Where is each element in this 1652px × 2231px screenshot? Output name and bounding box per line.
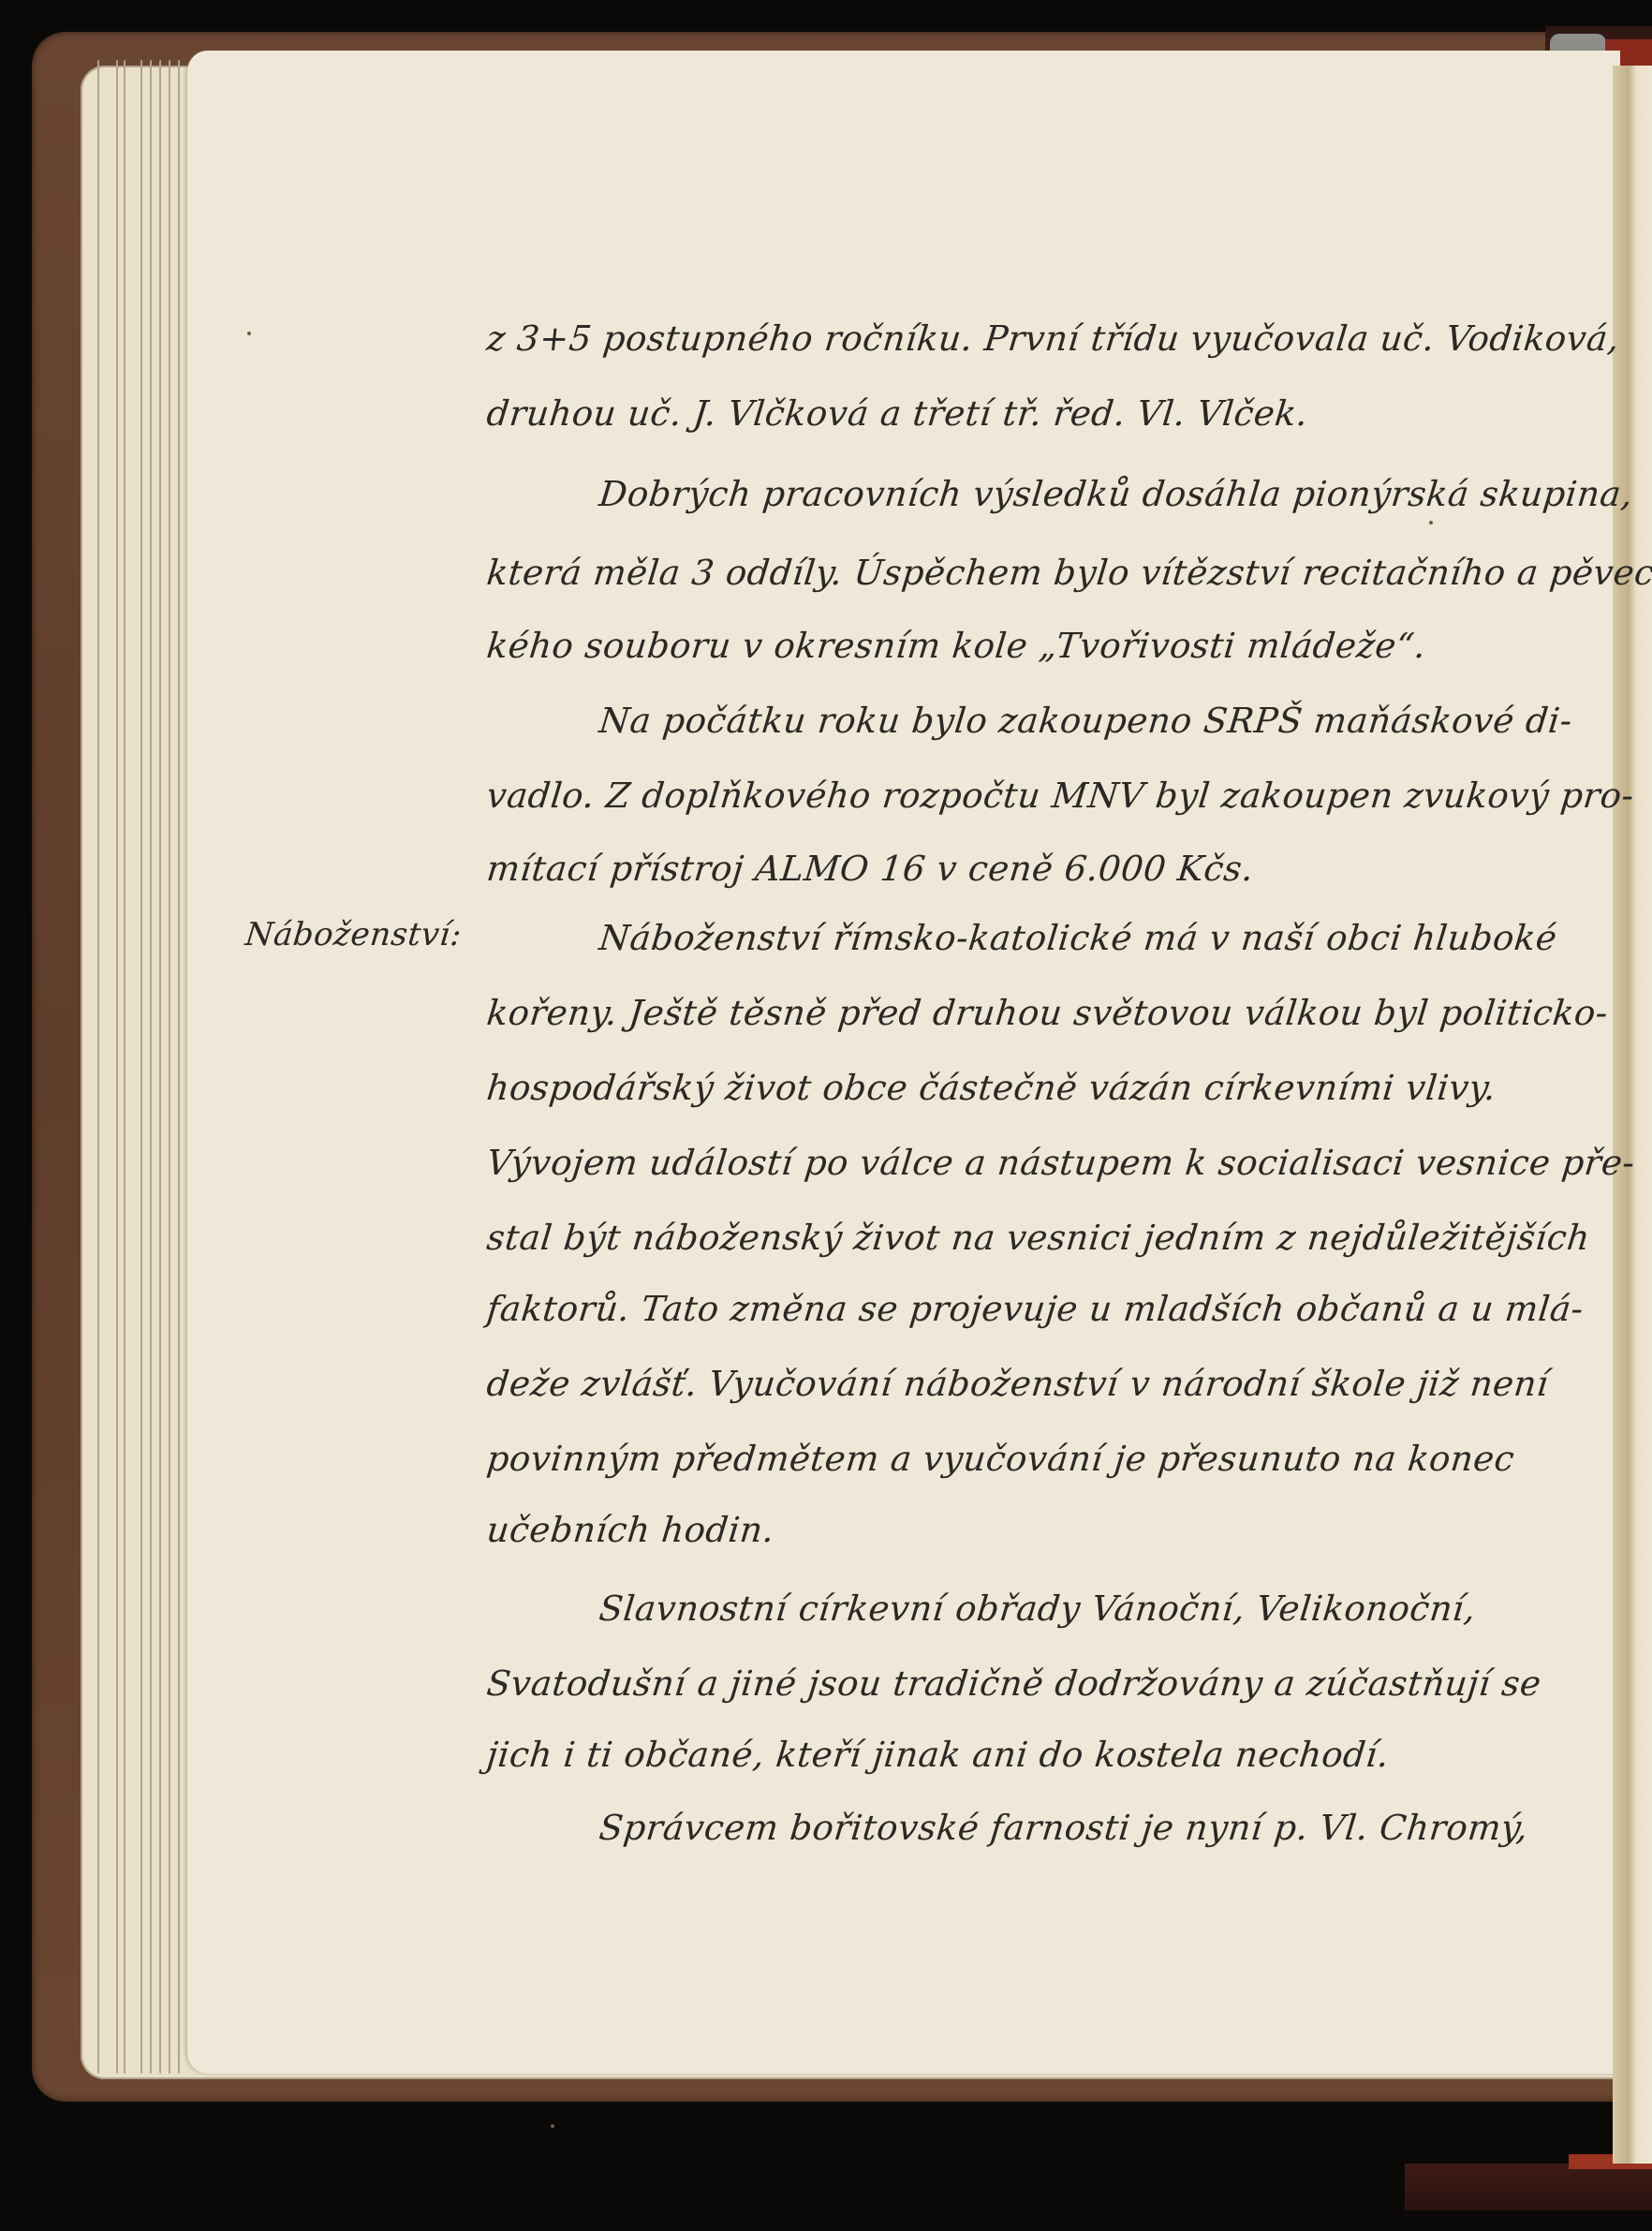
text-line: Správcem bořitovské farnosti je nyní p. … — [597, 1808, 1530, 1848]
text-line: vadlo. Z doplňkového rozpočtu MNV byl za… — [485, 776, 1636, 816]
text-line: hospodářský život obce částečně vázán cí… — [485, 1068, 1498, 1108]
text-line: kořeny. Ještě těsně před druhou světovou… — [485, 993, 1610, 1033]
page-edge — [124, 60, 125, 2074]
text-line: kého souboru v okresním kole „Tvořivosti… — [485, 626, 1428, 666]
text-line: Náboženství římsko-katolické má v naší o… — [597, 918, 1559, 958]
page-edge — [150, 60, 152, 2074]
text-line: Slavnostní církevní obřady Vánoční, Veli… — [597, 1588, 1478, 1629]
spine-bottom — [1405, 2164, 1652, 2210]
page-edge — [97, 60, 99, 2074]
page-edge — [178, 60, 180, 2074]
page-edge — [169, 60, 170, 2074]
text-line: druhou uč. J. Vlčková a třetí tř. řed. V… — [485, 393, 1310, 434]
margin-heading: Náboženství: — [243, 916, 464, 953]
text-line: stal být náboženský život na vesnici jed… — [485, 1218, 1592, 1258]
text-line: povinným předmětem a vyučování je přesun… — [485, 1439, 1517, 1479]
text-line: učebních hodin. — [485, 1510, 776, 1550]
text-line: z 3+5 postupného ročníku. První třídu vy… — [485, 318, 1622, 359]
text-line: jich i ti občané, kteří jinak ani do kos… — [485, 1735, 1392, 1775]
text-line: Na počátku roku bylo zakoupeno SRPŠ maňá… — [597, 701, 1574, 741]
page-edge — [140, 60, 142, 2074]
text-line: Vývojem událostí po válce a nástupem k s… — [485, 1143, 1637, 1183]
text-line: Svatodušní a jiné jsou tradičně dodržová… — [485, 1663, 1543, 1704]
text-line: faktorů. Tato změna se projevuje u mladš… — [485, 1289, 1586, 1329]
text-line: deže zvlášť. Vyučování náboženství v nár… — [485, 1364, 1551, 1404]
text-line: Dobrých pracovních výsledků dosáhla pion… — [597, 474, 1635, 514]
text-line: mítací přístroj ALMO 16 v ceně 6.000 Kčs… — [485, 849, 1256, 889]
book-gutter — [1613, 66, 1652, 2164]
page-edge — [159, 60, 161, 2074]
text-line: která měla 3 oddíly. Úspěchem bylo vítěz… — [485, 553, 1652, 593]
page-edge — [116, 60, 118, 2074]
